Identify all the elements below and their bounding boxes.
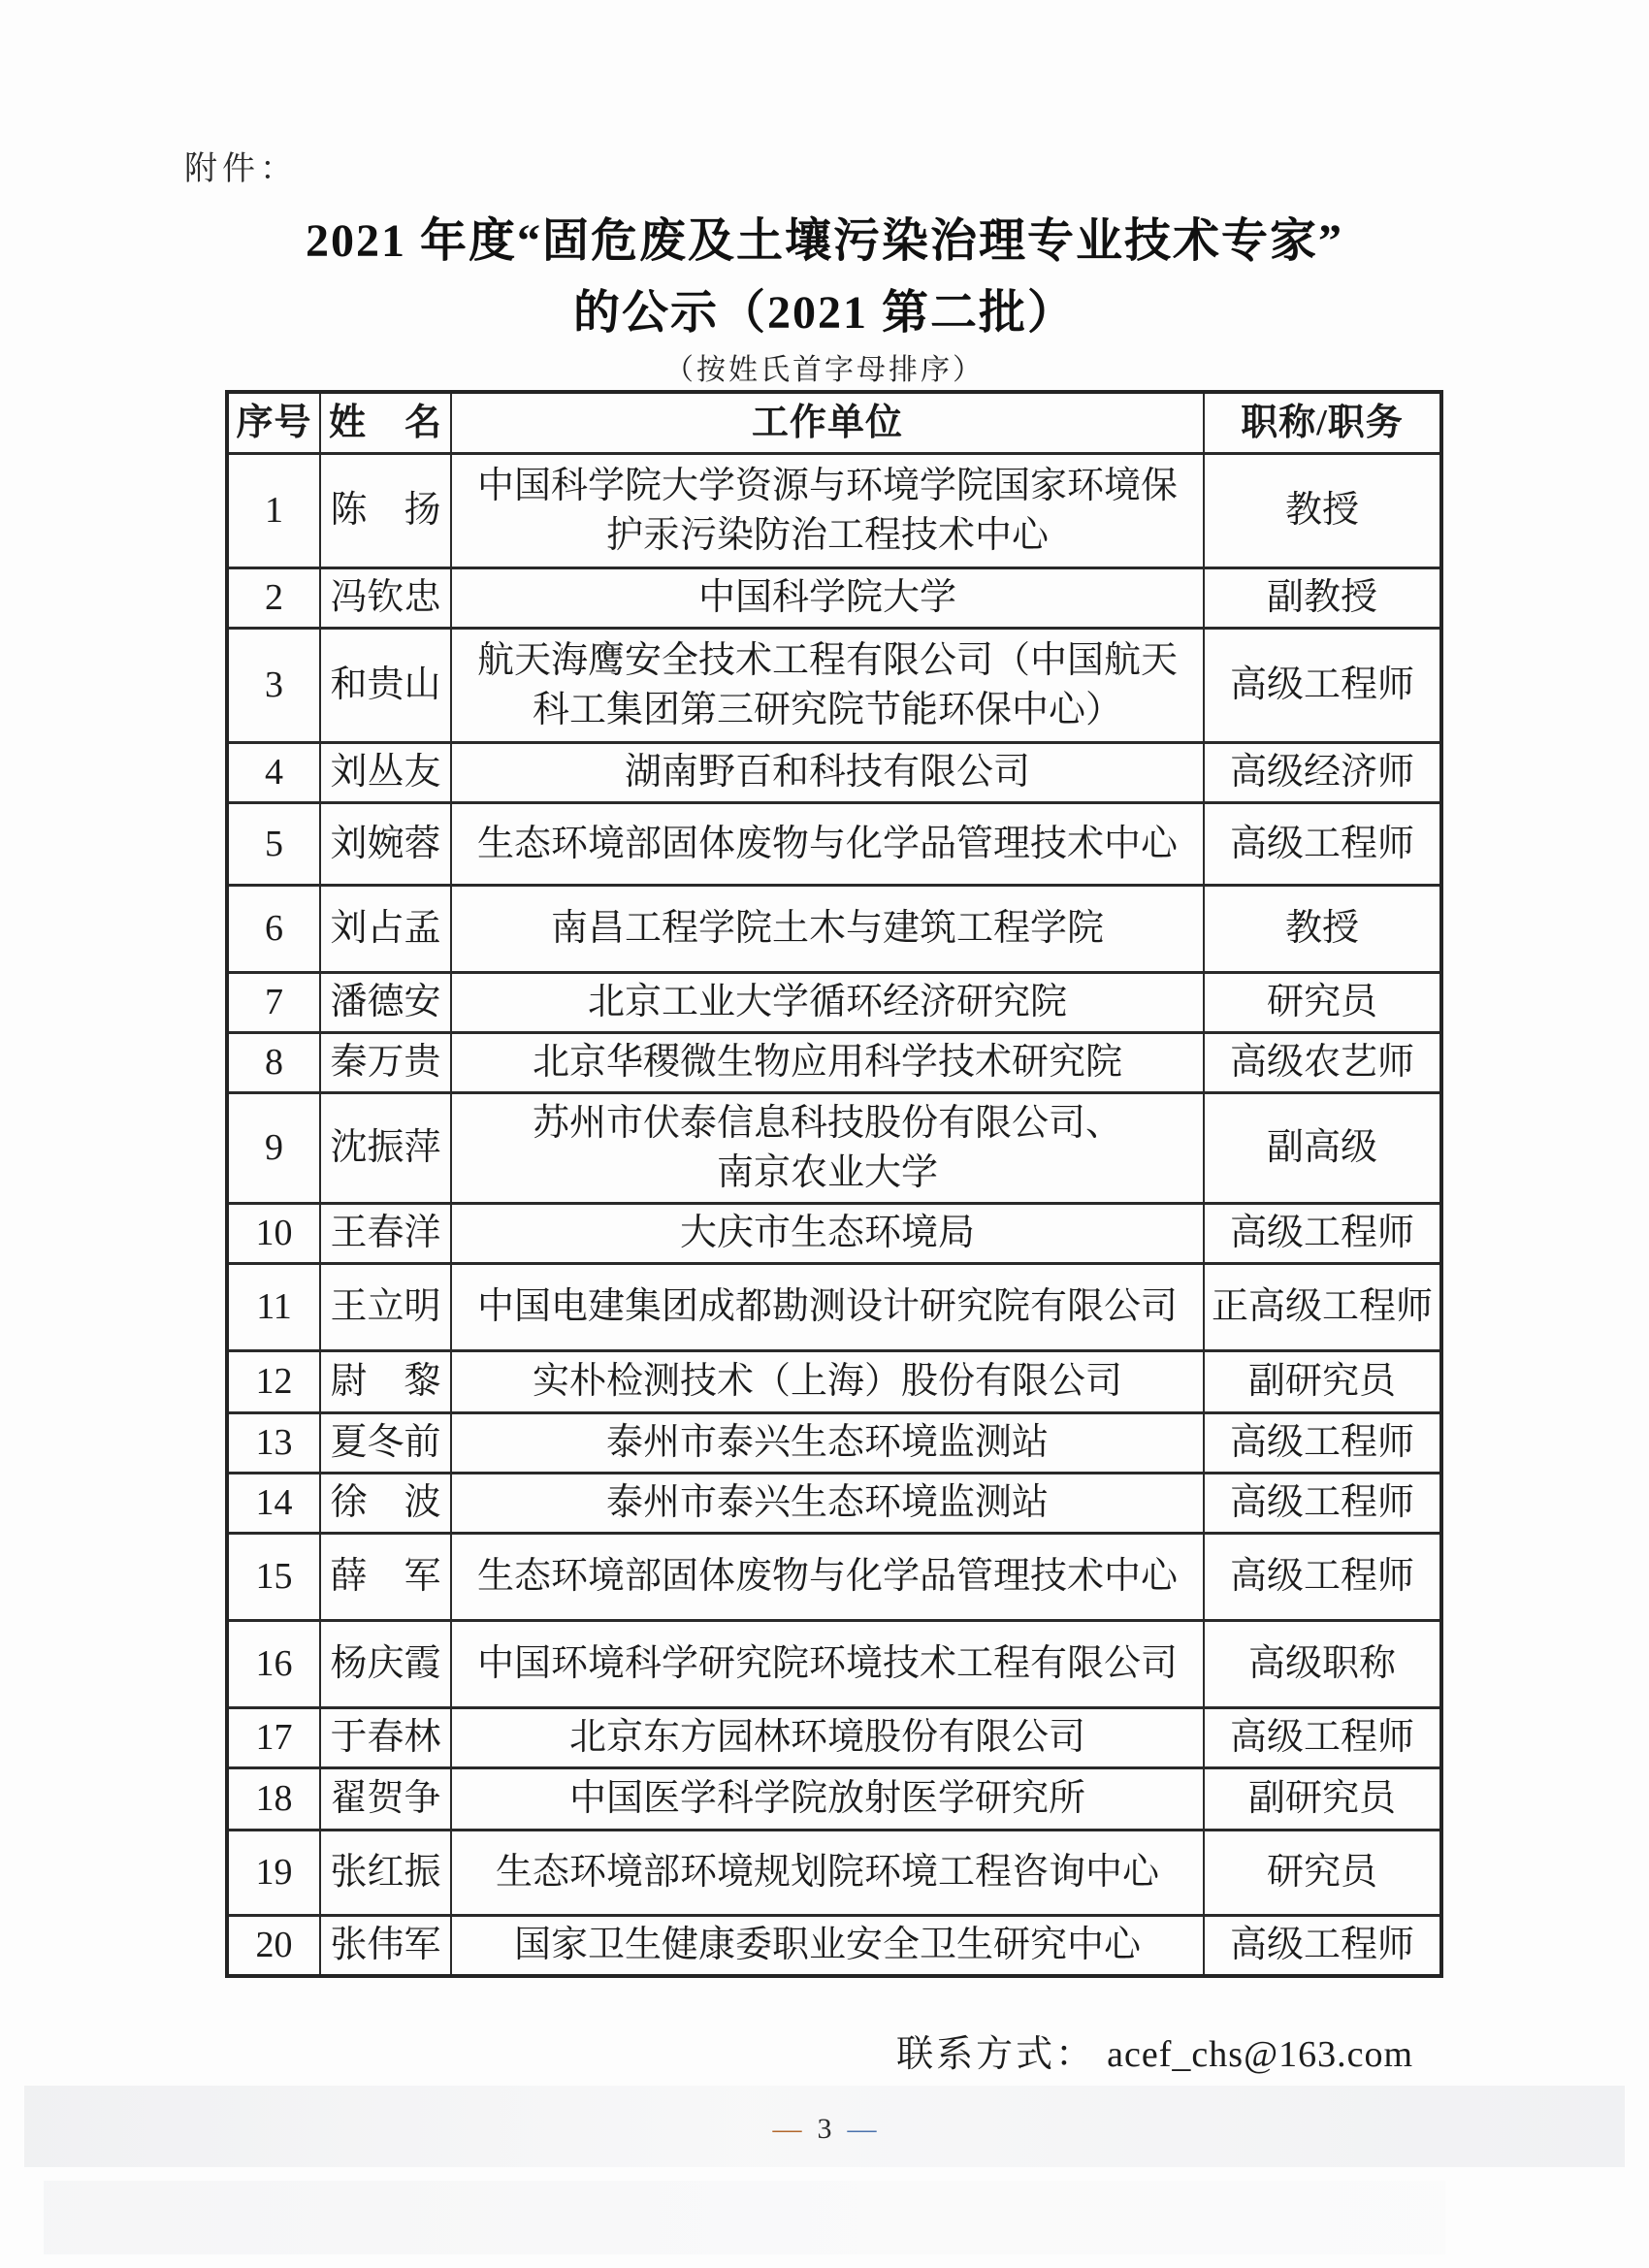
cell-title: 正高级工程师 [1204,1264,1441,1351]
table-row: 17 于春林 北京东方园林环境股份有限公司 高级工程师 [227,1708,1441,1768]
cell-name: 王立明 [320,1264,451,1351]
table-row: 16 杨庆霞 中国环境科学研究院环境技术工程有限公司 高级职称 [227,1621,1441,1708]
cell-work-unit: 苏州市伏泰信息科技股份有限公司、 南京农业大学 [451,1093,1204,1204]
cell-name: 刘丛友 [320,743,451,803]
page-number-value: 3 [818,2113,832,2145]
cell-work-unit: 中国科学院大学 [451,568,1204,629]
table-row: 7 潘德安 北京工业大学循环经济研究院 研究员 [227,973,1441,1033]
cell-title: 副高级 [1204,1093,1441,1204]
cell-serial-number: 18 [227,1768,320,1831]
table-row: 3 和贵山 航天海鹰安全技术工程有限公司（中国航天 科工集团第三研究院节能环保中… [227,629,1441,743]
cell-title: 高级经济师 [1204,743,1441,803]
table-row: 4 刘丛友 湖南野百和科技有限公司 高级经济师 [227,743,1441,803]
contact-line: 联系方式：acef_chs@163.com [896,2024,1413,2077]
table-row: 13 夏冬前 泰州市泰兴生态环境监测站 高级工程师 [227,1413,1441,1474]
cell-name: 王春洋 [320,1204,451,1264]
scan-artifact-band-bottom [44,2181,1445,2254]
cell-work-unit: 北京华稷微生物应用科学技术研究院 [451,1033,1204,1093]
cell-serial-number: 5 [227,803,320,886]
table-row: 14 徐 波 泰州市泰兴生态环境监测站 高级工程师 [227,1474,1441,1534]
table-row: 5 刘婉蓉 生态环境部固体废物与化学品管理技术中心 高级工程师 [227,803,1441,886]
column-header-title: 职称/职务 [1204,392,1441,454]
cell-serial-number: 17 [227,1708,320,1768]
page-number-dash-left: — [773,2113,802,2145]
page-number: —3— [0,2113,1649,2146]
cell-work-unit: 生态环境部环境规划院环境工程咨询中心 [451,1831,1204,1916]
column-header-work-unit: 工作单位 [451,392,1204,454]
cell-work-unit: 泰州市泰兴生态环境监测站 [451,1474,1204,1534]
experts-table-body: 1 陈 扬 中国科学院大学资源与环境学院国家环境保 护汞污染防治工程技术中心 教… [227,454,1441,1976]
experts-table: 序号 姓 名 工作单位 职称/职务 1 陈 扬 中国科学院大学资源与环境学院国家… [225,390,1443,1978]
cell-name: 徐 波 [320,1474,451,1534]
table-row: 15 薛 军 生态环境部固体废物与化学品管理技术中心 高级工程师 [227,1534,1441,1621]
cell-name: 刘婉蓉 [320,803,451,886]
table-row: 12 尉 黎 实朴检测技术（上海）股份有限公司 副研究员 [227,1351,1441,1413]
table-row: 2 冯钦忠 中国科学院大学 副教授 [227,568,1441,629]
cell-name: 陈 扬 [320,454,451,568]
cell-title: 高级工程师 [1204,629,1441,743]
table-header-row: 序号 姓 名 工作单位 职称/职务 [227,392,1441,454]
cell-title: 教授 [1204,886,1441,973]
table-row: 6 刘占孟 南昌工程学院土木与建筑工程学院 教授 [227,886,1441,973]
cell-name: 张红振 [320,1831,451,1916]
contact-label: 联系方式： [896,2034,1095,2075]
attachment-label: 附件： [184,142,298,189]
cell-work-unit: 中国医学科学院放射医学研究所 [451,1768,1204,1831]
cell-name: 冯钦忠 [320,568,451,629]
cell-title: 教授 [1204,454,1441,568]
cell-name: 秦万贵 [320,1033,451,1093]
cell-name: 夏冬前 [320,1413,451,1474]
cell-title: 副研究员 [1204,1351,1441,1413]
cell-work-unit: 航天海鹰安全技术工程有限公司（中国航天 科工集团第三研究院节能环保中心） [451,629,1204,743]
cell-work-unit: 国家卫生健康委职业安全卫生研究中心 [451,1916,1204,1976]
cell-name: 和贵山 [320,629,451,743]
cell-title: 高级工程师 [1204,1474,1441,1534]
cell-title: 研究员 [1204,973,1441,1033]
cell-work-unit: 中国电建集团成都勘测设计研究院有限公司 [451,1264,1204,1351]
cell-title: 副研究员 [1204,1768,1441,1831]
table-row: 8 秦万贵 北京华稷微生物应用科学技术研究院 高级农艺师 [227,1033,1441,1093]
cell-serial-number: 20 [227,1916,320,1976]
cell-name: 张伟军 [320,1916,451,1976]
cell-name: 尉 黎 [320,1351,451,1413]
cell-serial-number: 10 [227,1204,320,1264]
cell-title: 高级工程师 [1204,1534,1441,1621]
cell-title: 高级工程师 [1204,1708,1441,1768]
cell-serial-number: 12 [227,1351,320,1413]
cell-serial-number: 1 [227,454,320,568]
cell-name: 潘德安 [320,973,451,1033]
cell-name: 于春林 [320,1708,451,1768]
cell-serial-number: 14 [227,1474,320,1534]
cell-work-unit: 北京东方园林环境股份有限公司 [451,1708,1204,1768]
cell-serial-number: 4 [227,743,320,803]
contact-email: acef_chs@163.com [1107,2034,1413,2075]
cell-work-unit: 大庆市生态环境局 [451,1204,1204,1264]
document-title-line-1: 2021 年度“固危废及土壤污染治理专业技术专家” [306,215,1343,267]
table-row: 20 张伟军 国家卫生健康委职业安全卫生研究中心 高级工程师 [227,1916,1441,1976]
table-row: 18 翟贺争 中国医学科学院放射医学研究所 副研究员 [227,1768,1441,1831]
cell-serial-number: 11 [227,1264,320,1351]
cell-serial-number: 19 [227,1831,320,1916]
cell-serial-number: 3 [227,629,320,743]
cell-serial-number: 9 [227,1093,320,1204]
table-row: 1 陈 扬 中国科学院大学资源与环境学院国家环境保 护汞污染防治工程技术中心 教… [227,454,1441,568]
cell-name: 翟贺争 [320,1768,451,1831]
cell-work-unit: 生态环境部固体废物与化学品管理技术中心 [451,1534,1204,1621]
cell-work-unit: 生态环境部固体废物与化学品管理技术中心 [451,803,1204,886]
cell-serial-number: 15 [227,1534,320,1621]
cell-serial-number: 7 [227,973,320,1033]
document-title-line-2: 的公示（2021 第二批） [573,287,1076,339]
cell-title: 副教授 [1204,568,1441,629]
cell-work-unit: 实朴检测技术（上海）股份有限公司 [451,1351,1204,1413]
cell-work-unit: 中国科学院大学资源与环境学院国家环境保 护汞污染防治工程技术中心 [451,454,1204,568]
cell-title: 高级工程师 [1204,1916,1441,1976]
cell-serial-number: 13 [227,1413,320,1474]
cell-title: 高级职称 [1204,1621,1441,1708]
table-row: 9 沈振萍 苏州市伏泰信息科技股份有限公司、 南京农业大学 副高级 [227,1093,1441,1204]
cell-serial-number: 6 [227,886,320,973]
cell-name: 沈振萍 [320,1093,451,1204]
cell-name: 刘占孟 [320,886,451,973]
cell-serial-number: 2 [227,568,320,629]
experts-table-head: 序号 姓 名 工作单位 职称/职务 [227,392,1441,454]
cell-name: 杨庆霞 [320,1621,451,1708]
document-title: 2021 年度“固危废及土壤污染治理专业技术专家”的公示（2021 第二批） [0,206,1649,349]
document-page: 附件： 2021 年度“固危废及土壤污染治理专业技术专家”的公示（2021 第二… [0,0,1649,2268]
cell-work-unit: 泰州市泰兴生态环境监测站 [451,1413,1204,1474]
cell-title: 高级工程师 [1204,1413,1441,1474]
cell-name: 薛 军 [320,1534,451,1621]
table-row: 19 张红振 生态环境部环境规划院环境工程咨询中心 研究员 [227,1831,1441,1916]
cell-title: 高级工程师 [1204,1204,1441,1264]
cell-serial-number: 8 [227,1033,320,1093]
cell-title: 高级农艺师 [1204,1033,1441,1093]
cell-serial-number: 16 [227,1621,320,1708]
cell-title: 研究员 [1204,1831,1441,1916]
cell-work-unit: 湖南野百和科技有限公司 [451,743,1204,803]
cell-work-unit: 中国环境科学研究院环境技术工程有限公司 [451,1621,1204,1708]
table-row: 10 王春洋 大庆市生态环境局 高级工程师 [227,1204,1441,1264]
column-header-no: 序号 [227,392,320,454]
page-number-dash-right: — [848,2113,877,2145]
sort-order-note: （按姓氏首字母排序） [0,345,1649,388]
cell-title: 高级工程师 [1204,803,1441,886]
column-header-name: 姓 名 [320,392,451,454]
cell-work-unit: 南昌工程学院土木与建筑工程学院 [451,886,1204,973]
cell-work-unit: 北京工业大学循环经济研究院 [451,973,1204,1033]
table-row: 11 王立明 中国电建集团成都勘测设计研究院有限公司 正高级工程师 [227,1264,1441,1351]
